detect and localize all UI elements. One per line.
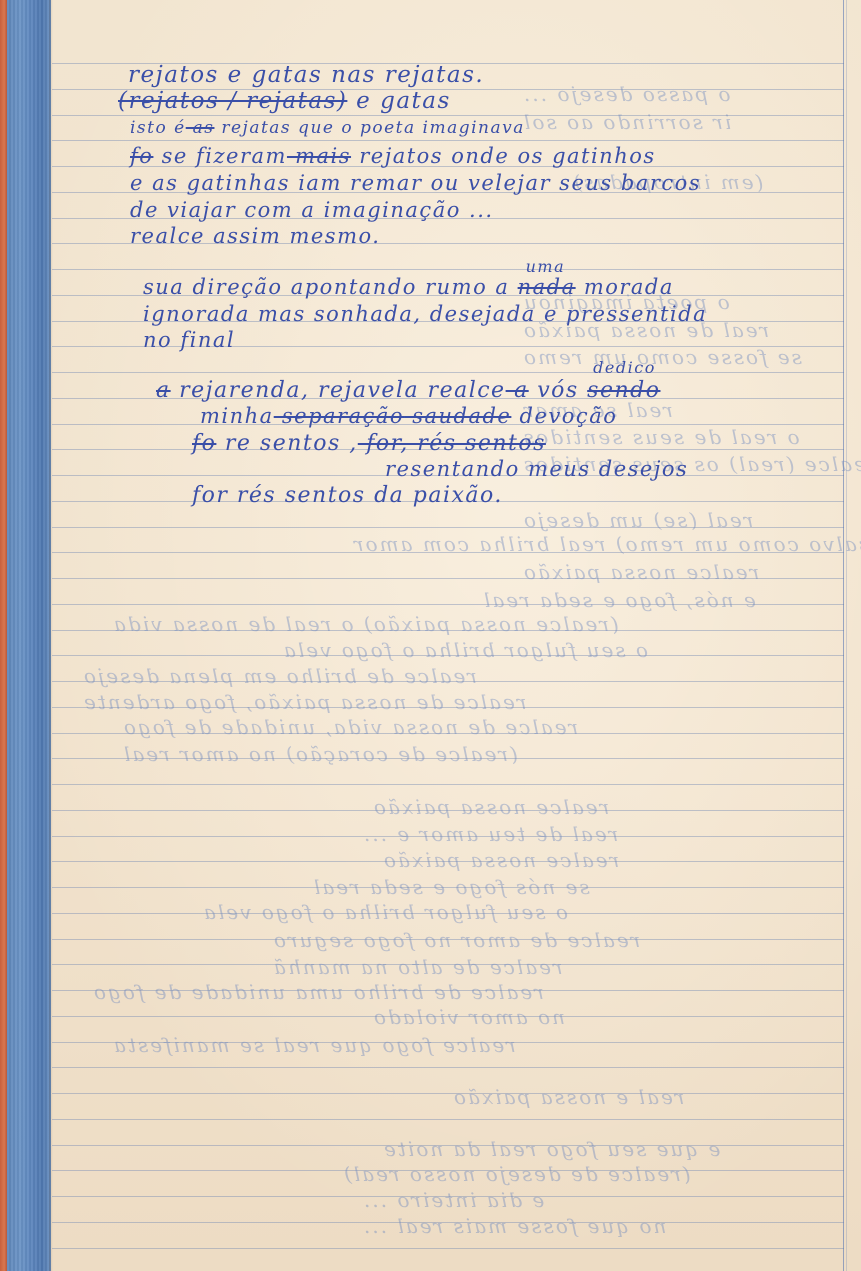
struck-text: separação xyxy=(274,404,404,428)
struck-text: fo xyxy=(192,431,216,456)
handwritten-line-15: for rés sentos da paixão. xyxy=(192,483,503,508)
superscript-insert: dedico xyxy=(593,358,656,377)
bleed-line: e nós, fogo e seda real xyxy=(482,588,756,612)
bleed-line: (realce de desejo nosso real) xyxy=(342,1162,691,1186)
handwritten-line-14: resentando meus desejos xyxy=(385,457,688,481)
handwritten-line-9: ignorada mas sonhada, desejada e pressen… xyxy=(143,302,707,326)
handwritten-line-10: no final xyxy=(143,328,235,352)
notebook-binding xyxy=(0,0,51,1271)
handwritten-line-2: (rejatos / rejatas) e gatas xyxy=(118,88,451,114)
bleed-line: o seu fulgor brilha o fogo vela xyxy=(202,900,568,924)
bleed-line: realce de nossa paixão, fogo ardente xyxy=(82,690,526,714)
bleed-line: realce fogo que real se manifesta xyxy=(112,1033,516,1057)
struck-text: mais xyxy=(287,144,351,168)
bleed-line: realce nossa paixão xyxy=(382,848,619,872)
bleed-line: real (se) um desejo xyxy=(522,508,753,532)
handwritten-line-7: realce assim mesmo. xyxy=(130,224,380,248)
bleed-line: e dia inteiro ... xyxy=(362,1188,544,1212)
superscript-insert: uma xyxy=(526,257,566,276)
bleed-line: (realce nossa paixão) o real de nossa vi… xyxy=(112,612,619,636)
struck-text: a xyxy=(156,378,171,403)
handwritten-line-4: fo se fizeram mais rejatos onde os gatin… xyxy=(130,144,656,168)
struck-text: saudade xyxy=(404,404,511,428)
binding-edge xyxy=(0,0,7,1271)
right-margin-line-secondary xyxy=(846,0,847,1271)
handwritten-line-8: sua direção apontando rumo a uma nada mo… xyxy=(143,275,674,299)
binding-cloth xyxy=(7,0,51,1271)
bleed-line: o seu fulgor brilha o fogo vela xyxy=(282,638,648,662)
bleed-line: real e nossa paixão xyxy=(452,1085,684,1109)
bleed-line: realce de alto na manhã xyxy=(272,955,563,979)
struck-text: sendo xyxy=(587,378,660,403)
struck-text: as xyxy=(186,118,215,138)
handwritten-line-11: a rejarenda, rejavela realce a vós dedic… xyxy=(156,378,660,403)
handwritten-line-1: rejatos e gatas nas rejatas. xyxy=(128,62,484,88)
bleed-line: realce nossa paixão xyxy=(372,795,609,819)
struck-text: for, rés sentos xyxy=(358,431,546,456)
bleed-line: no amor violado xyxy=(372,1005,565,1029)
struck-text: fo xyxy=(130,144,153,168)
bleed-line: realce de brilho uma unidade de fogo xyxy=(92,980,544,1004)
handwritten-line-13: fo re sentos , for, rés sentos xyxy=(192,431,546,456)
struck-text: (rejatos / rejatas) xyxy=(118,88,347,114)
handwritten-line-3: isto é as rejatas que o poeta imaginava xyxy=(130,118,525,138)
handwritten-line-5: e as gatinhas iam remar ou velejar seus … xyxy=(130,171,701,195)
handwritten-line-6: de viajar com a imaginação ... xyxy=(130,198,494,222)
bleed-line: se nós fogo e seda real xyxy=(312,875,590,899)
bleed-line: o real de seus sentidos xyxy=(522,425,800,449)
bleed-line: realce de amor no fogo seguro xyxy=(272,928,640,952)
bleed-line: o passo desejo ... xyxy=(522,82,730,106)
bleed-line: ir sorrindo ao sol xyxy=(522,110,731,134)
bleed-line: realce nossa paixão xyxy=(522,560,759,584)
bleed-line: e que seu fogo real da noite xyxy=(382,1137,720,1161)
bleed-line: realce de brilho em plena desejo xyxy=(82,664,477,688)
bleed-line: (realce de coração) no amor real xyxy=(122,742,518,766)
bleed-line: (salvo como um remo) real brilha com amo… xyxy=(352,532,861,556)
bleed-line: no que fosse mais real ... xyxy=(362,1214,666,1238)
struck-text: a xyxy=(506,378,529,403)
handwritten-line-12: minha separação saudade devoção xyxy=(200,404,617,428)
bleed-line: se fosse como um remo xyxy=(522,345,802,369)
bleed-line: real de teu amor e ... xyxy=(362,822,618,846)
struck-text: nada xyxy=(518,275,576,299)
notebook-page: o passo desejo ... ir sorrindo ao sol (e… xyxy=(0,0,861,1271)
bleed-line: realce de nossa vida, unidade de fogo xyxy=(122,715,578,739)
